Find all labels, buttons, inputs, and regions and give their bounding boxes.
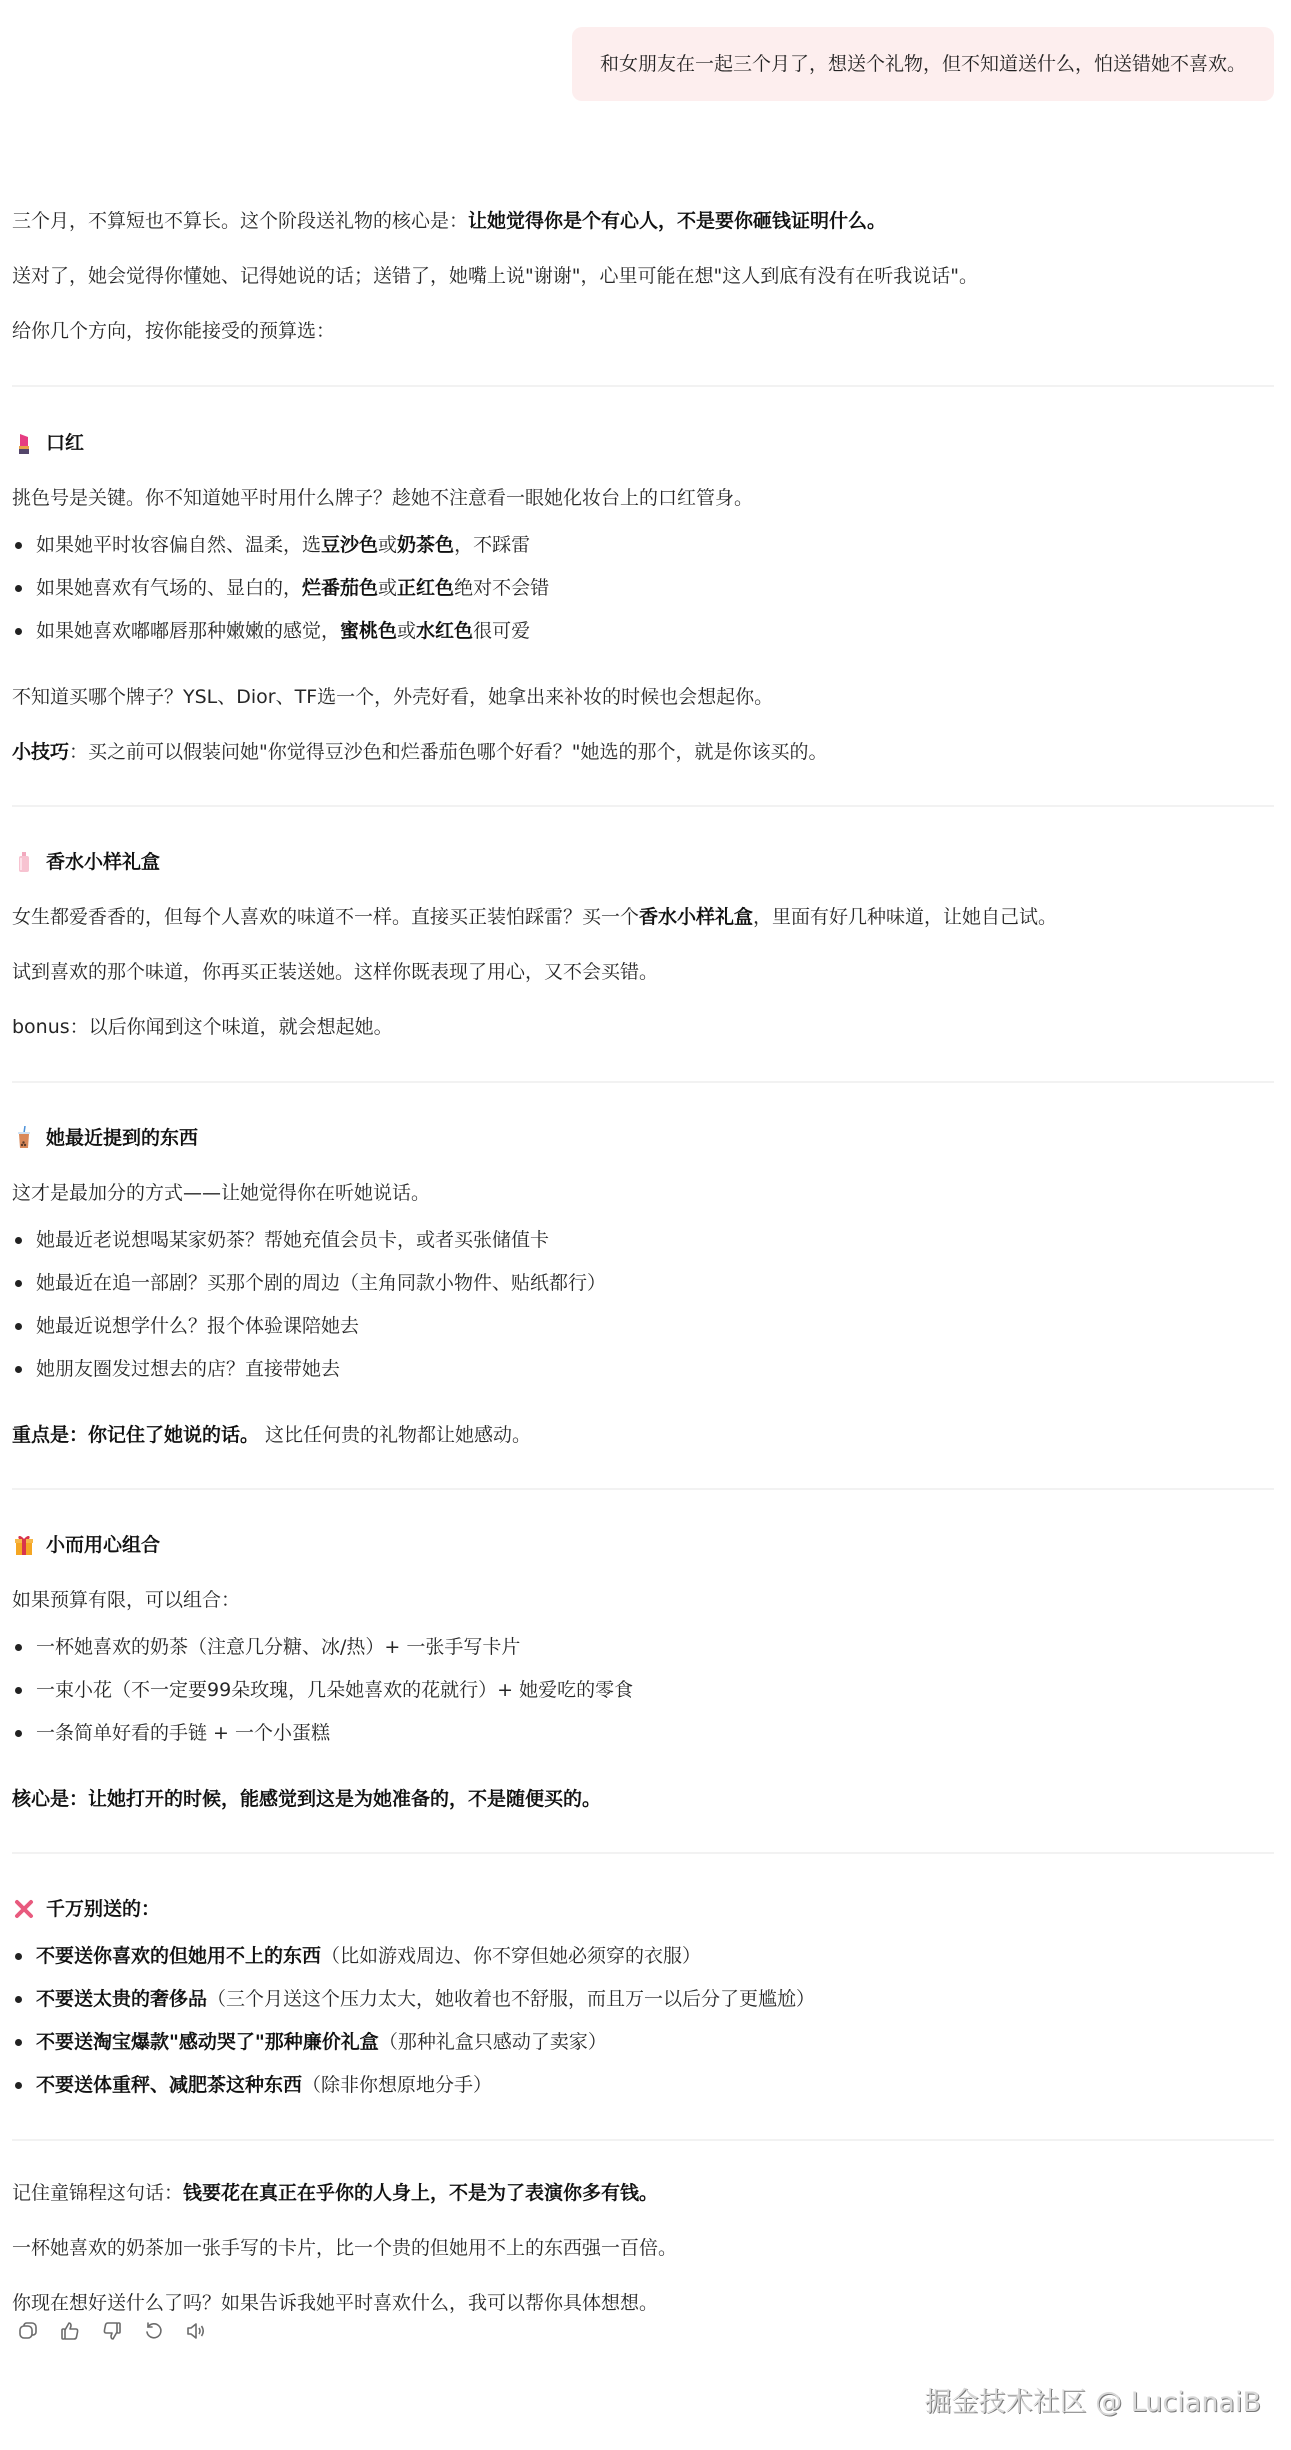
thumbs-down-icon [102,2321,122,2341]
bold-text: 正红色 [397,577,454,599]
user-message-row: 和女朋友在一起三个月了，想送个礼物，但不知道送什么，怕送错她不喜欢。 [572,27,1274,101]
text: 记住童锦程这句话： [12,2182,183,2204]
text: 女生都爱香香的，但每个人喜欢的味道不一样。直接买正装怕踩雷？买一个 [12,906,639,928]
text: 绝对不会错 [454,577,549,599]
text: 或 [378,534,397,556]
lipstick-brands: 不知道买哪个牌子？YSL、Dior、TF选一个，外壳好看，她拿出来补妆的时候也会… [12,684,773,710]
text: （比如游戏周边、你不穿但她必须穿的衣服） [321,1945,701,1967]
list-item: 如果她平时妆容偏自然、温柔，选豆沙色或奶茶色，不踩雷 [12,532,530,558]
thumbs-up-button[interactable] [59,2320,81,2342]
text: 如果她喜欢有气场的、显白的， [36,577,302,599]
list-item: 一束小花（不一定要99朵玫瑰，几朵她喜欢的花就行）+ 她爱吃的零食 [12,1677,633,1703]
closing-paragraph-2: 一杯她喜欢的奶茶加一张手写的卡片，比一个贵的但她用不上的东西强一百倍。 [12,2235,677,2261]
bold-text: 水红色 [416,620,473,642]
read-aloud-button[interactable] [185,2320,207,2342]
list-item: 她最近说想学什么？报个体验课陪她去 [12,1313,359,1339]
lipstick-intro: 挑色号是关键。你不知道她平时用什么牌子？趁她不注意看一眼她化妆台上的口红管身。 [12,485,753,511]
bold-text: 不要送淘宝爆款"感动哭了"那种廉价礼盒 [36,2031,379,2053]
divider [12,805,1274,807]
combo-intro: 如果预算有限，可以组合： [12,1587,240,1613]
bold-text: 核心是：让她打开的时候，能感觉到这是为她准备的，不是随便买的。 [12,1788,601,1810]
intro-paragraph-1: 三个月，不算短也不算长。这个阶段送礼物的核心是：让她觉得你是个有心人，不是要你砸… [12,208,886,234]
divider [12,1852,1274,1854]
regenerate-icon [144,2321,164,2341]
bold-text: 蜜桃色 [340,620,397,642]
bubble-tea-icon [12,1125,36,1151]
mentioned-intro: 这才是最加分的方式——让她觉得你在听她说话。 [12,1180,430,1206]
divider [12,1488,1274,1490]
list-item: 如果她喜欢有气场的、显白的，烂番茄色或正红色绝对不会错 [12,575,549,601]
list-item: 如果她喜欢嘟嘟唇那种嫩嫩的感觉，蜜桃色或水红色很可爱 [12,618,530,644]
bold-text: 让她觉得你是个有心人，不是要你砸钱证明什么。 [468,210,886,232]
bold-text: 重点是：你记住了她说的话。 [12,1424,259,1446]
intro-paragraph-2: 送对了，她会觉得你懂她、记得她说的话；送错了，她嘴上说"谢谢"，心里可能在想"这… [12,263,978,289]
list-item: 不要送体重秤、减肥茶这种东西（除非你想原地分手） [12,2072,492,2098]
section-title: 小而用心组合 [46,1532,160,1558]
section-heading-combo: 小而用心组合 [12,1532,160,1558]
lipstick-icon [12,430,36,456]
mentioned-key-point: 重点是：你记住了她说的话。 这比任何贵的礼物都让她感动。 [12,1422,531,1448]
text: 这比任何贵的礼物都让她感动。 [259,1424,531,1446]
combo-core: 核心是：让她打开的时候，能感觉到这是为她准备的，不是随便买的。 [12,1786,601,1812]
list-item: 不要送淘宝爆款"感动哭了"那种廉价礼盒（那种礼盒只感动了卖家） [12,2029,607,2055]
perfume-paragraph-2: 试到喜欢的那个味道，你再买正装送她。这样你既表现了用心，又不会买错。 [12,959,658,985]
text: 如果她平时妆容偏自然、温柔，选 [36,534,321,556]
list-item: 她最近老说想喝某家奶茶？帮她充值会员卡，或者买张储值卡 [12,1227,549,1253]
text: 如果她喜欢嘟嘟唇那种嫩嫩的感觉， [36,620,340,642]
list-item: 一条简单好看的手链 + 一个小蛋糕 [12,1720,330,1746]
lipstick-tip: 小技巧：买之前可以假装问她"你觉得豆沙色和烂番茄色哪个好看？"她选的那个，就是你… [12,739,828,765]
bold-text: 小技巧 [12,741,69,763]
text: （那种礼盒只感动了卖家） [379,2031,607,2053]
section-heading-lipstick: 口红 [12,430,84,456]
section-title: 香水小样礼盒 [46,849,160,875]
thumbs-down-button[interactable] [101,2320,123,2342]
bold-text: 香水小样礼盒 [639,906,753,928]
speaker-icon [186,2321,206,2341]
perfume-bottle-icon [12,849,36,875]
divider [12,1081,1274,1083]
text: ，里面有好几种味道，让她自己试。 [753,906,1057,928]
bold-text: 钱要花在真正在乎你的人身上，不是为了表演你多有钱。 [183,2182,658,2204]
intro-paragraph-3: 给你几个方向，按你能接受的预算选： [12,318,335,344]
section-title: 千万别送的： [46,1896,160,1922]
message-actions-bar [17,2320,207,2342]
closing-paragraph-3: 你现在想好送什么了吗？如果告诉我她平时喜欢什么，我可以帮你具体想想。 [12,2290,658,2316]
list-item: 不要送你喜欢的但她用不上的东西（比如游戏周边、你不穿但她必须穿的衣服） [12,1943,701,1969]
bold-text: 豆沙色 [321,534,378,556]
perfume-paragraph-1: 女生都爱香香的，但每个人喜欢的味道不一样。直接买正装怕踩雷？买一个香水小样礼盒，… [12,904,1057,930]
text: 很可爱 [473,620,530,642]
copy-button[interactable] [17,2320,39,2342]
bold-text: 不要送体重秤、减肥茶这种东西 [36,2074,302,2096]
watermark: 掘金技术社区 @ LucianaiB [925,2380,1261,2419]
section-heading-avoid: 千万别送的： [12,1896,160,1922]
regenerate-button[interactable] [143,2320,165,2342]
closing-paragraph-1: 记住童锦程这句话：钱要花在真正在乎你的人身上，不是为了表演你多有钱。 [12,2180,658,2206]
section-heading-perfume: 香水小样礼盒 [12,849,160,875]
divider [12,2139,1274,2141]
copy-icon [18,2321,38,2341]
gift-icon [12,1532,36,1558]
user-message-bubble: 和女朋友在一起三个月了，想送个礼物，但不知道送什么，怕送错她不喜欢。 [572,27,1274,101]
text: （三个月送这个压力太大，她收着也不舒服，而且万一以后分了更尴尬） [207,1988,815,2010]
section-heading-mentioned: 她最近提到的东西 [12,1125,198,1151]
cross-mark-icon [12,1896,36,1922]
section-title: 口红 [46,430,84,456]
thumbs-up-icon [60,2321,80,2341]
divider [12,385,1274,387]
section-title: 她最近提到的东西 [46,1125,198,1151]
text: 三个月，不算短也不算长。这个阶段送礼物的核心是： [12,210,468,232]
list-item: 不要送太贵的奢侈品（三个月送这个压力太大，她收着也不舒服，而且万一以后分了更尴尬… [12,1986,815,2012]
bold-text: 不要送太贵的奢侈品 [36,1988,207,2010]
text: 或 [378,577,397,599]
text: （除非你想原地分手） [302,2074,492,2096]
text: ：买之前可以假装问她"你觉得豆沙色和烂番茄色哪个好看？"她选的那个，就是你该买的… [69,741,827,763]
bold-text: 烂番茄色 [302,577,378,599]
text: 或 [397,620,416,642]
list-item: 她朋友圈发过想去的店？直接带她去 [12,1356,340,1382]
text: ，不踩雷 [454,534,530,556]
list-item: 她最近在追一部剧？买那个剧的周边（主角同款小物件、贴纸都行） [12,1270,606,1296]
perfume-paragraph-3: bonus：以后你闻到这个味道，就会想起她。 [12,1014,393,1040]
list-item: 一杯她喜欢的奶茶（注意几分糖、冰/热）+ 一张手写卡片 [12,1634,520,1660]
bold-text: 奶茶色 [397,534,454,556]
bold-text: 不要送你喜欢的但她用不上的东西 [36,1945,321,1967]
